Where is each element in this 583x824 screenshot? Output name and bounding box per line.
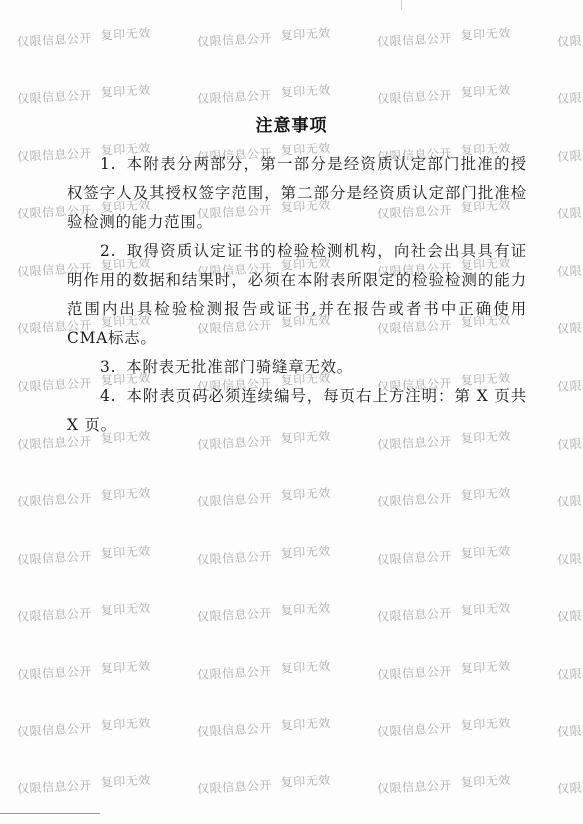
watermark: 仅限信息公开复印无效 <box>377 601 512 625</box>
watermark: 仅限信息公开复印无效 <box>557 83 583 107</box>
document-page: 仅限信息公开复印无效 仅限信息公开复印无效 仅限信息公开复印无效 仅限信息公开复… <box>0 0 583 824</box>
watermark: 仅限信息公开复印无效 <box>557 141 583 165</box>
note-item-1: 1.本附表分两部分，第一部分是经资质认定部门批准的授权签字人及其授权签字范围，第… <box>67 150 527 237</box>
watermark: 仅限信息公开复印无效 <box>197 773 332 797</box>
note-number: 4. <box>100 387 116 405</box>
watermark: 仅限信息公开复印无效 <box>17 659 152 683</box>
watermark: 仅限信息公开复印无效 <box>557 26 583 50</box>
watermark: 仅限信息公开复印无效 <box>17 716 152 740</box>
scan-artifact <box>401 0 402 10</box>
page-title: 注意事项 <box>0 111 583 136</box>
watermark: 仅限信息公开复印无效 <box>557 429 583 453</box>
watermark: 仅限信息公开复印无效 <box>377 486 512 510</box>
note-item-4: 4.本附表页码必须连续编号，每页右上方注明：第 X 页共 X 页。 <box>67 382 527 440</box>
watermark: 仅限信息公开复印无效 <box>557 256 583 280</box>
watermark: 仅限信息公开复印无效 <box>197 659 332 683</box>
watermark: 仅限信息公开复印无效 <box>377 659 512 683</box>
watermark: 仅限信息公开复印无效 <box>17 601 152 625</box>
watermark: 仅限信息公开复印无效 <box>17 544 152 568</box>
watermark: 仅限信息公开复印无效 <box>557 773 583 797</box>
watermark: 仅限信息公开复印无效 <box>197 716 332 740</box>
watermark: 仅限信息公开复印无效 <box>377 716 512 740</box>
note-number: 3. <box>100 358 116 376</box>
note-number: 2. <box>100 242 116 260</box>
watermark: 仅限信息公开复印无效 <box>557 544 583 568</box>
notes-content: 1.本附表分两部分，第一部分是经资质认定部门批准的授权签字人及其授权签字范围，第… <box>67 150 527 440</box>
note-text: 本附表无批准部门骑缝章无效。 <box>126 358 353 376</box>
watermark: 仅限信息公开复印无效 <box>17 83 152 107</box>
note-text: 本附表页码必须连续编号，每页右上方注明：第 X 页共 X 页。 <box>67 387 527 434</box>
watermark: 仅限信息公开复印无效 <box>197 486 332 510</box>
watermark: 仅限信息公开复印无效 <box>377 83 512 107</box>
watermark: 仅限信息公开复印无效 <box>17 773 152 797</box>
watermark: 仅限信息公开复印无效 <box>377 773 512 797</box>
watermark: 仅限信息公开复印无效 <box>377 26 512 50</box>
note-item-3: 3.本附表无批准部门骑缝章无效。 <box>67 353 527 382</box>
watermark: 仅限信息公开复印无效 <box>17 486 152 510</box>
watermark: 仅限信息公开复印无效 <box>557 198 583 222</box>
watermark: 仅限信息公开复印无效 <box>557 313 583 337</box>
note-text: 取得资质认定证书的检验检测机构，向社会出具具有证明作用的数据和结果时，必须在本附… <box>67 242 527 347</box>
watermark: 仅限信息公开复印无效 <box>557 601 583 625</box>
note-text: 本附表分两部分，第一部分是经资质认定部门批准的授权签字人及其授权签字范围，第二部… <box>67 155 527 231</box>
watermark: 仅限信息公开复印无效 <box>557 716 583 740</box>
note-item-2: 2.取得资质认定证书的检验检测机构，向社会出具具有证明作用的数据和结果时，必须在… <box>67 237 527 353</box>
watermark: 仅限信息公开复印无效 <box>197 83 332 107</box>
watermark: 仅限信息公开复印无效 <box>557 486 583 510</box>
watermark: 仅限信息公开复印无效 <box>557 659 583 683</box>
watermark: 仅限信息公开复印无效 <box>197 601 332 625</box>
watermark: 仅限信息公开复印无效 <box>377 544 512 568</box>
note-number: 1. <box>100 155 116 173</box>
watermark: 仅限信息公开复印无效 <box>17 26 152 50</box>
watermark: 仅限信息公开复印无效 <box>197 26 332 50</box>
watermark: 仅限信息公开复印无效 <box>557 371 583 395</box>
watermark: 仅限信息公开复印无效 <box>197 544 332 568</box>
scan-edge-line <box>0 813 100 814</box>
